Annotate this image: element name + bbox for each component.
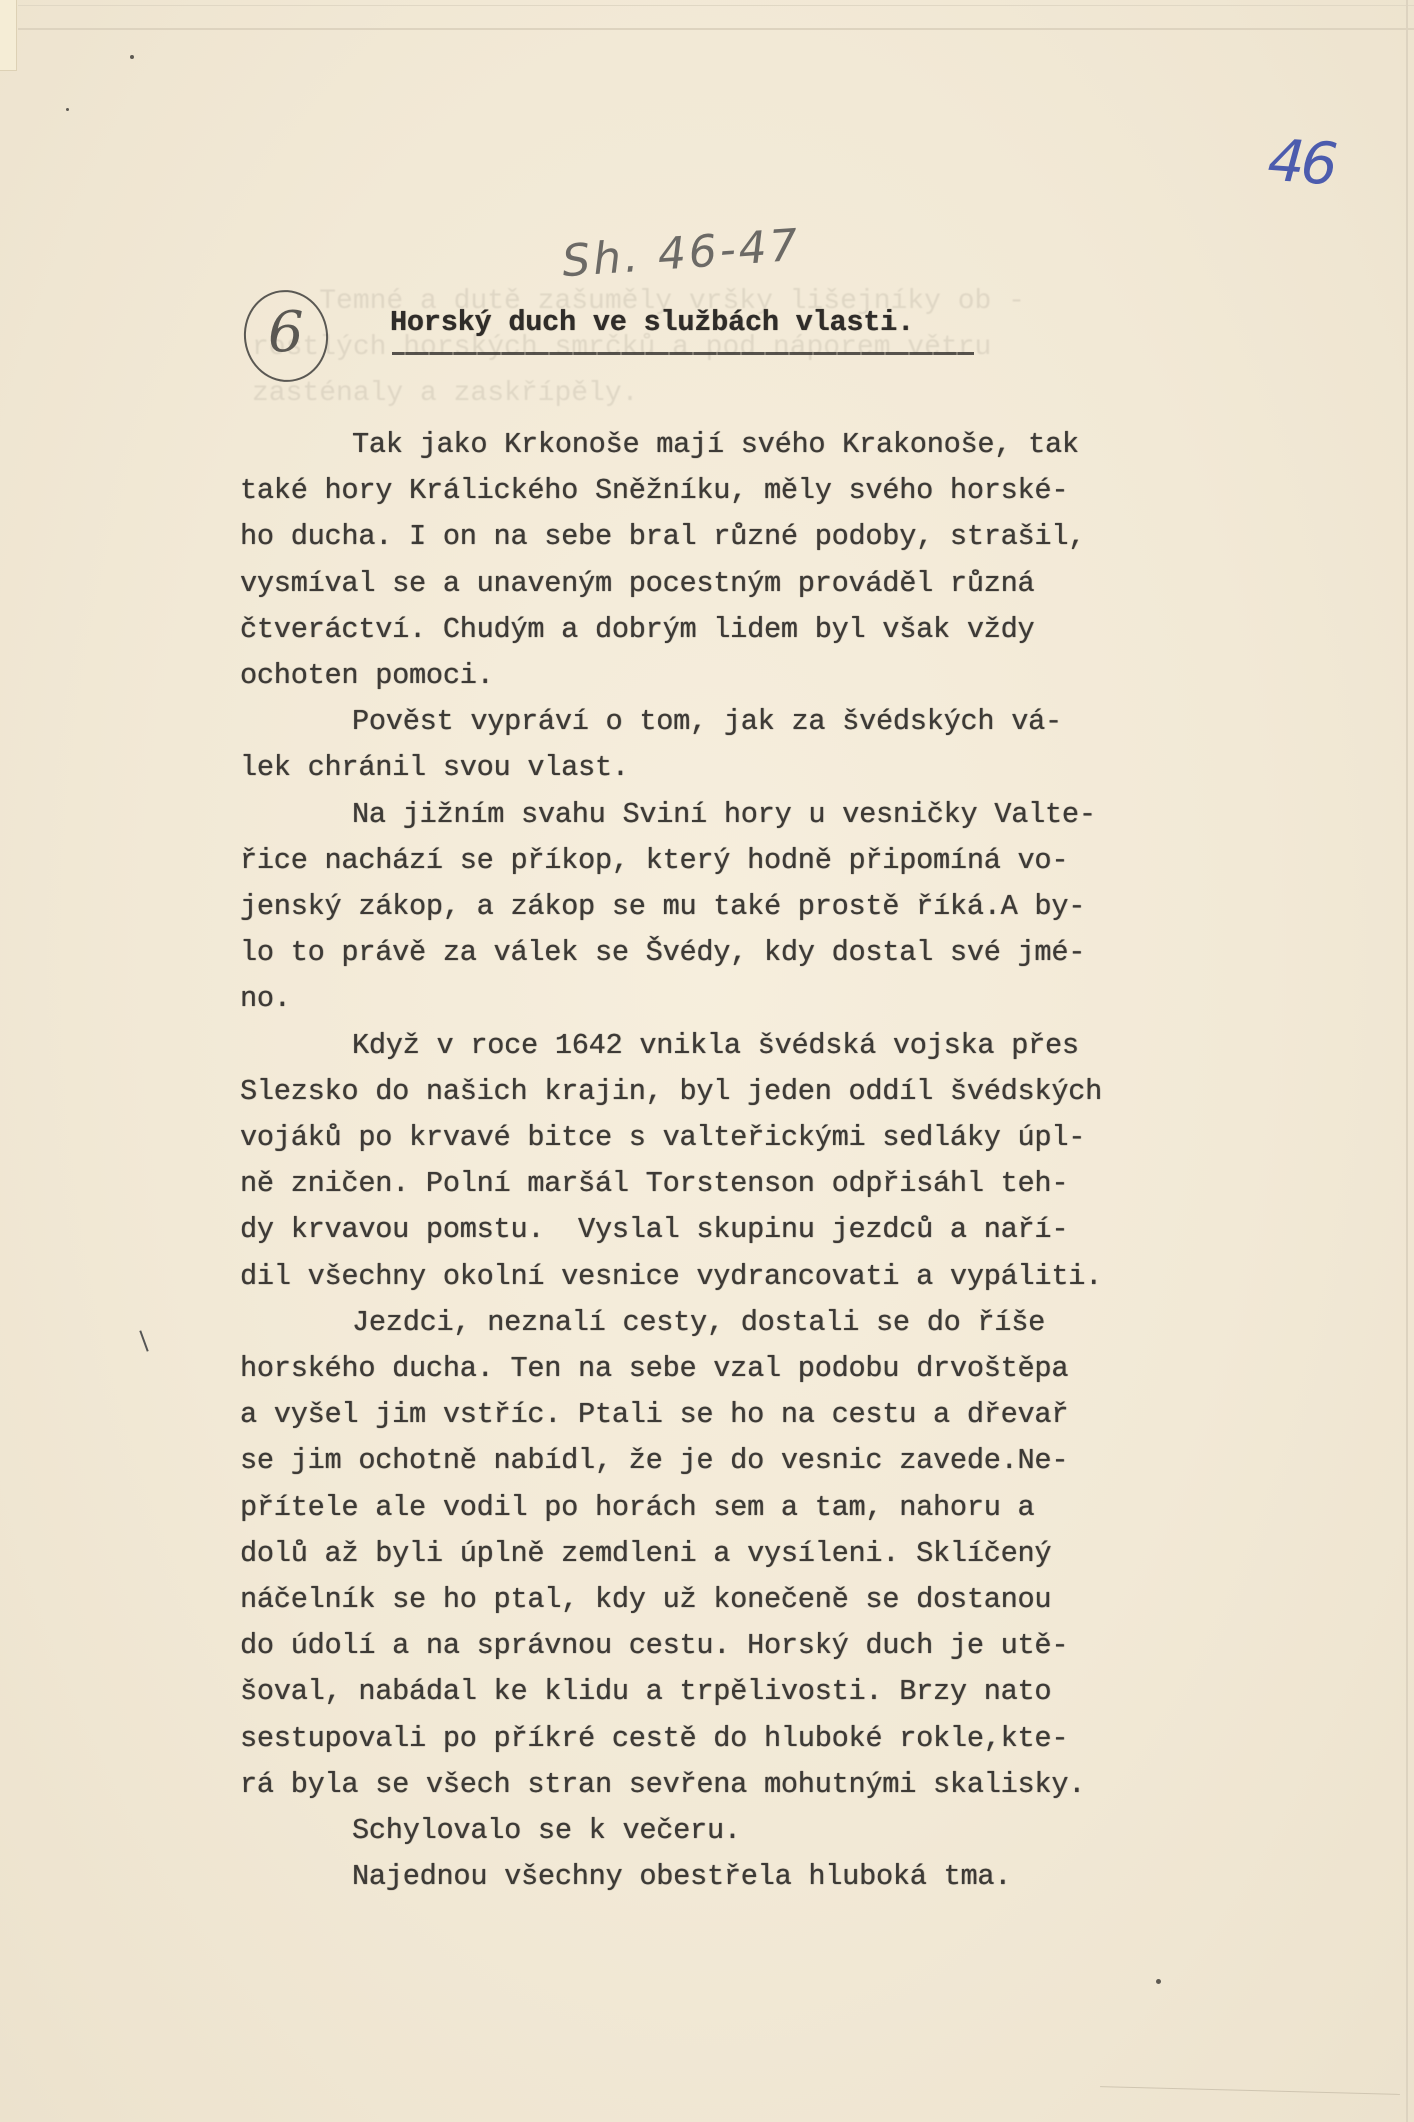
text-line: vysmíval se a unaveným pocestným provádě… xyxy=(240,567,1034,600)
text-line: Slezsko do našich krajin, byl jeden oddí… xyxy=(240,1075,1102,1108)
text-line: a vyšel jim vstříc. Ptali se ho na cestu… xyxy=(240,1398,1068,1431)
text-line: Jezdci, neznalí cesty, dostali se do říš… xyxy=(352,1306,1045,1339)
paper-speck xyxy=(130,55,134,59)
text-line: Schylovalo se k večeru. xyxy=(352,1814,741,1847)
text-line: náčelník se ho ptal, kdy už konečeně se … xyxy=(240,1583,1051,1616)
text-line: čtveráctví. Chudým a dobrým lidem byl vš… xyxy=(240,613,1034,646)
page-edge-right xyxy=(1406,0,1408,2122)
text-line: ochoten pomoci. xyxy=(240,659,494,692)
text-line: jenský zákop, a zákop se mu také prostě … xyxy=(240,890,1085,923)
text-line: ho ducha. I on na sebe bral různé podoby… xyxy=(240,520,1085,553)
text-line: Když v roce 1642 vnikla švédská vojska p… xyxy=(352,1029,1079,1062)
text-line: ně zničen. Polní maršál Torstenson odpři… xyxy=(240,1167,1068,1200)
text-line: Najednou všechny obestřela hluboká tma. xyxy=(352,1860,1011,1893)
page-edge-top xyxy=(18,5,1414,6)
text-line: Na jižním svahu Sviní hory u vesničky Va… xyxy=(352,798,1096,831)
text-line: přítele ale vodil po horách sem a tam, n… xyxy=(240,1491,1034,1524)
page-number-annotation: 46 xyxy=(1266,126,1336,198)
text-line: dy krvavou pomstu. Vyslal skupinu jezdců… xyxy=(240,1213,1068,1246)
text-line: no. xyxy=(240,982,291,1015)
text-line: dil všechny okolní vesnice vydrancovati … xyxy=(240,1260,1102,1293)
text-line: rá byla se všech stran sevřena mohutnými… xyxy=(240,1768,1085,1801)
title-underline xyxy=(392,352,974,355)
paper-tab xyxy=(0,0,17,71)
text-line: sestupovali po příkré cestě do hluboké r… xyxy=(240,1722,1068,1755)
text-line: horského ducha. Ten na sebe vzal podobu … xyxy=(240,1352,1068,1385)
text-line: také hory Králického Sněžníku, měly svéh… xyxy=(240,474,1068,507)
text-line: lek chránil svou vlast. xyxy=(240,751,629,784)
text-line: do údolí a na správnou cestu. Horský duc… xyxy=(240,1629,1068,1662)
text-line: vojáků po krvavé bitce s valteřickými se… xyxy=(240,1121,1085,1154)
page-edge-line xyxy=(18,28,1414,30)
paper-speck xyxy=(66,108,69,111)
text-line: řice nachází se příkop, který hodně přip… xyxy=(240,844,1068,877)
text-line: lo to právě za válek se Švédy, kdy dosta… xyxy=(240,936,1085,969)
story-number: 6 xyxy=(268,300,304,365)
bleed-through-line: zasténaly a zaskřípěly. xyxy=(252,378,638,409)
paper-speck xyxy=(1156,1979,1161,1984)
text-line: Tak jako Krkonoše mají svého Krakonoše, … xyxy=(352,428,1079,461)
document-title: Horský duch ve službách vlasti. xyxy=(390,306,914,339)
text-line: dolů až byli úplně zemdleni a vysíleni. … xyxy=(240,1537,1051,1570)
text-line: šoval, nabádal ke klidu a trpělivosti. B… xyxy=(240,1675,1051,1708)
text-line: Pověst vypráví o tom, jak za švédských v… xyxy=(352,705,1062,738)
text-line: se jim ochotně nabídl, že je do vesnic z… xyxy=(240,1444,1068,1477)
